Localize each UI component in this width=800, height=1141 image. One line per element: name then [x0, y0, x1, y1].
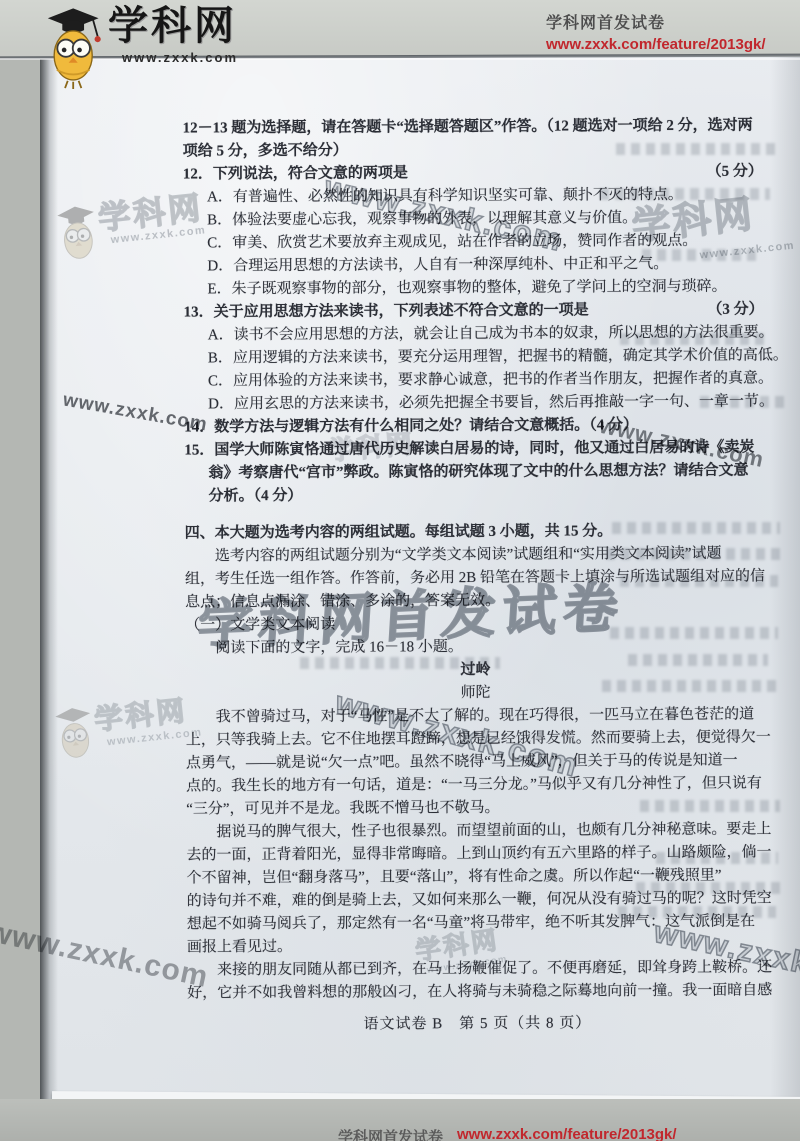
- site-url: www.zxxk.com: [122, 50, 238, 65]
- question-12-option-c: C．审美、欣赏艺术要放弃主观成见，站在作者的立场，赞同作者的观点。: [183, 229, 763, 255]
- passage-paragraph-1-line: 点的。我生长的地方有一句话，道是：“一马三分龙。”马似乎又有几分神性了，但只说有: [186, 772, 766, 798]
- question-13-stem: （3 分） 13．关于应用思想方法来读书，下列表述不符合文意的一项是: [184, 298, 764, 324]
- passage-paragraph-1-line: “三分”，可见并不是龙。我既不憎马也不敬马。: [186, 795, 766, 821]
- question-15-line: 翁》考察唐代“宫市”弊政。陈寅恪的研究体现了文中的什么思想方法？请结合文意: [184, 459, 764, 485]
- passage-author: 师陀: [186, 680, 766, 706]
- passage-paragraph-1-line: 我不曾骑过马，对于“马性”是不大了解的。现在巧得很，一匹马立在暮色苍茫的道: [186, 703, 766, 729]
- page-number-footer: 语文试卷 B 第 5 页（共 8 页）: [187, 1011, 767, 1037]
- footer-banner: 学科网首发试卷 www.zxxk.com/feature/2013gk/: [338, 1126, 677, 1141]
- owl-mascot-icon: [46, 4, 104, 96]
- question-15-line: 分析。（4 分）: [185, 482, 765, 508]
- question-12-stem: （5 分） 12．下列说法，符合文意的两项是: [183, 160, 763, 186]
- question-13-option-a: A．读书不会应用思想的方法，就会让自己成为书本的奴隶，所以思想的方法很重要。: [184, 321, 764, 347]
- banner-title: 学科网首发试卷: [546, 10, 766, 33]
- header-banner: 学科网首发试卷 www.zxxk.com/feature/2013gk/: [546, 10, 766, 53]
- question-12-option-e: E．朱子既观察事物的部分，也观察事物的整体，避免了学问上的空洞与琐碎。: [183, 275, 763, 301]
- footer-banner-title: 学科网首发试卷: [338, 1126, 443, 1141]
- paper-left-shadow: [40, 57, 58, 1099]
- site-logo: 学科网 www.zxxk.com: [46, 4, 238, 96]
- question-13-option-c: C．应用体验的方法来读书，要求静心诚意，把书的作者当作朋友，把握作者的真意。: [184, 367, 764, 393]
- question-13-option-b: B．应用逻辑的方法来读书，要充分运用理智，把握书的精髓，确定其学术价值的高低。: [184, 344, 764, 370]
- scanned-exam-page: { "header": { "site_name": "学科网", "site_…: [0, 0, 800, 1141]
- question-12-option-b: B．体验法要虚心忘我，观察事物的外表，以理解其意义与价值。: [183, 206, 763, 232]
- passage-paragraph-2-line: 画报上看见过。: [187, 933, 767, 959]
- banner-link[interactable]: www.zxxk.com/feature/2013gk/: [546, 36, 766, 53]
- footer-banner-link[interactable]: www.zxxk.com/feature/2013gk/: [457, 1126, 677, 1141]
- passage-paragraph-2-line: 个不留神，岂但“翻身落马”，且要“落山”，将有性命之虞。所以作起“一鞭残照里”: [187, 864, 767, 890]
- paper-right-shadow: [770, 57, 800, 1099]
- passage-paragraph-1-line: 点勇气，——就是说“欠一点”吧。虽然不晓得“马上威风”，但关于马的传说是知道一: [186, 749, 766, 775]
- passage-paragraph-2-line: 据说马的脾气很大，性子也很暴烈。而望望前面的山，也颇有几分神秘意味。要走上: [186, 818, 766, 844]
- question-12-option-d: D．合理运用思想的方法读书，人自有一种深厚纯朴、中正和平之气。: [183, 252, 763, 278]
- passage-paragraph-2-line: 去的一面，正背着阳光，显得非常晦暗。上到山顶约有五六里路的样子。山路颇险，倘一: [186, 841, 766, 867]
- passage-paragraph-3-line: 来接的朋友同随从都已到齐，在马上扬鞭催促了。不便再磨延，即耸身跨上鞍桥。还: [187, 956, 767, 982]
- site-name: 学科网: [108, 4, 238, 48]
- question-15-line: 15．国学大师陈寅恪通过唐代历史解读白居易的诗，同时，他又通过白居易的诗《卖炭: [184, 436, 764, 462]
- question-13-option-d: D．应用玄思的方法来读书，必须先把握全书要旨，然后再推敲一字一句、一章一节。: [184, 390, 764, 416]
- answer-instruction-line: 项给 5 分，多选不给分）: [183, 137, 763, 163]
- passage-paragraph-1-line: 上，只等我骑上去。它不住地摆耳蹬蹄，想是已经饿得发慌。然而要骑上去，便觉得欠一: [186, 726, 766, 752]
- section-4-instruction-line: 息点；信息点漏涂、错涂、多涂的，答案无效。: [185, 588, 765, 614]
- passage-paragraph-3-line: 好，它并不如我曾料想的那般凶刁，在人将骑与未骑稳之际蓦地向前一撞。我一面暗自感: [187, 979, 767, 1005]
- section-4-heading: 四、本大题为选考内容的两组试题。每组试题 3 小题，共 15 分。: [185, 519, 765, 545]
- passage-paragraph-2-line: 的诗句并不难，难的倒是骑上去，又如何来那么一鞭，何况从没有骑过马的呢？这时凭空: [187, 887, 767, 913]
- question-14: 14．数学方法与逻辑方法有什么相同之处？请结合文意概括。（4 分）: [184, 413, 764, 439]
- question-12-score: （5 分）: [707, 160, 763, 183]
- section-4-instruction-line: 选考内容的两组试题分别为“文学类文本阅读”试题组和“实用类文本阅读”试题: [185, 542, 765, 568]
- section-4-instruction-line: 组，考生任选一组作答。作答前，务必用 2B 铅笔在答题卡上填涂与所选试题组对应的…: [185, 565, 765, 591]
- subsection-heading: （一）文学类文本阅读: [185, 611, 765, 637]
- answer-instruction-line: 12－13 题为选择题，请在答题卡“选择题答题区”作答。（12 题选对一项给 2…: [183, 114, 763, 140]
- passage-paragraph-2-line: 想起不如骑马阅兵了，那定然有一名“马童”将马带牢，绝不听其发脾气：这气派倒是在: [187, 910, 767, 936]
- reading-instruction: 阅读下面的文字，完成 16－18 小题。: [185, 634, 765, 660]
- question-13-score: （3 分）: [707, 298, 763, 321]
- question-12-option-a: A．有普遍性、必然性的知识具有科学知识坚实可靠、颠扑不灭的特点。: [183, 183, 763, 209]
- passage-title: 过岭: [185, 657, 765, 683]
- exam-content: 12－13 题为选择题，请在答题卡“选择题答题区”作答。（12 题选对一项给 2…: [183, 114, 768, 1037]
